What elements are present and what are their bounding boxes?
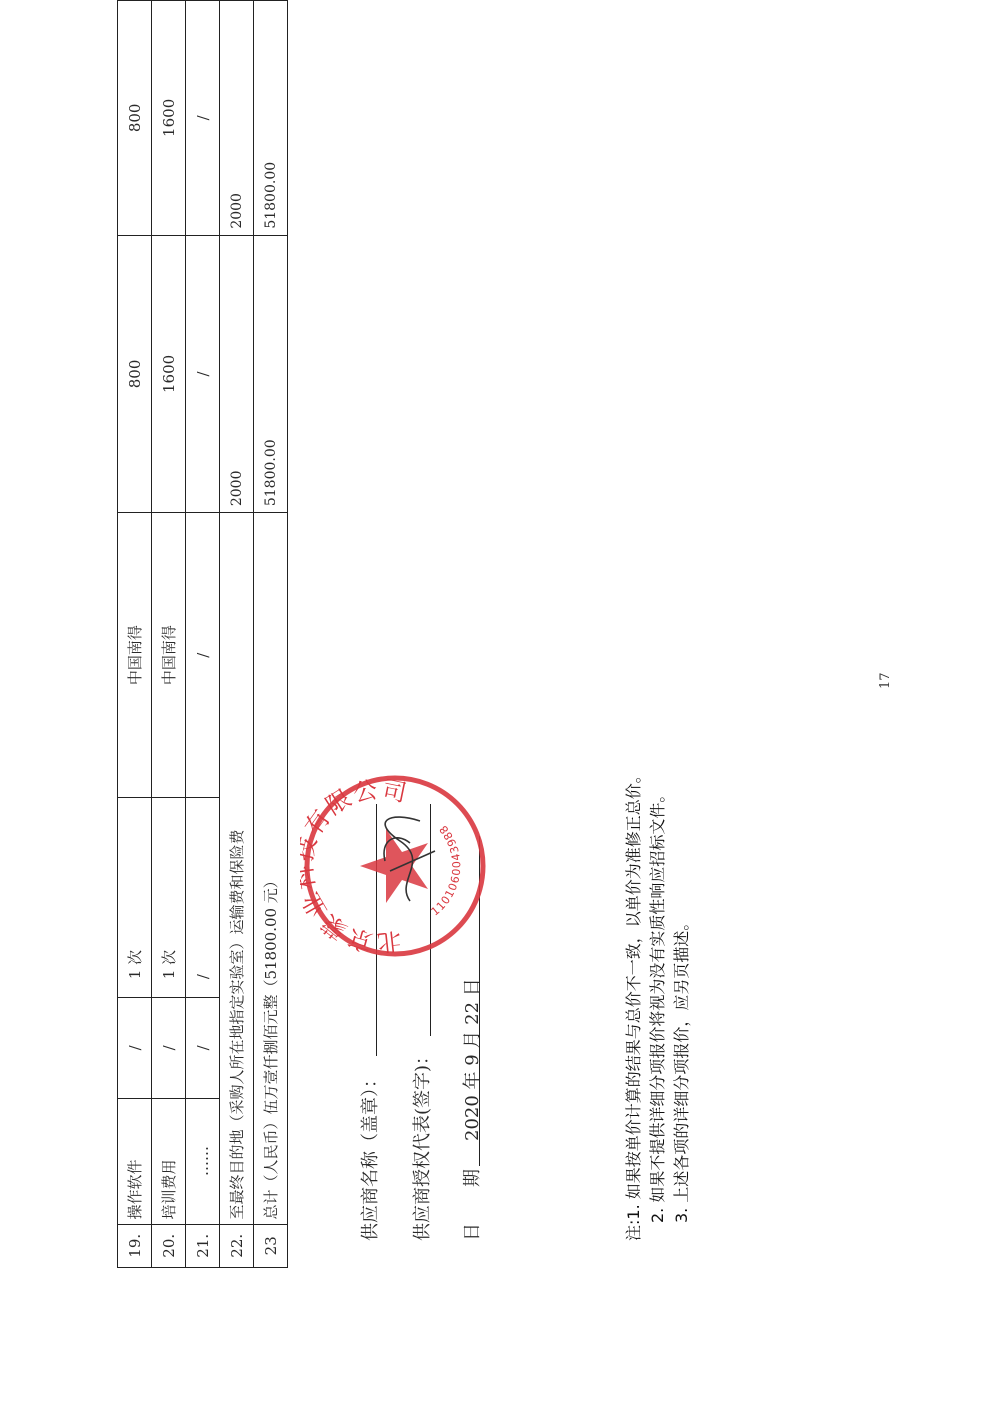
- freight-unit-price: 2000: [220, 235, 254, 512]
- item-spec: /: [152, 998, 186, 1098]
- table-row: 21. …… / / / / /: [186, 1, 220, 1268]
- total-label: 总计（人民币）伍万壹仟捌佰元整（51800.00 元）: [254, 513, 288, 1224]
- item-quantity: /: [186, 798, 220, 998]
- date-label: 日 期: [458, 1169, 484, 1241]
- item-origin: 中国南得: [118, 513, 152, 798]
- company-seal-stamp: 北京蒙业科技有限公司 1101060043988: [300, 771, 490, 961]
- star-icon: [360, 829, 428, 903]
- page-number: 17: [878, 672, 893, 689]
- item-origin: /: [186, 513, 220, 798]
- item-quantity: 1 次: [118, 798, 152, 998]
- item-total-price: /: [186, 1, 220, 236]
- price-breakdown-table: 19. 操作软件 / 1 次 中国南得 800 800 20. 培训费用 / 1…: [117, 0, 288, 1268]
- freight-label: 至最终目的地（采购人所在地指定实验室）运输费和保险费: [220, 513, 254, 1224]
- table-row: 19. 操作软件 / 1 次 中国南得 800 800: [118, 1, 152, 1268]
- note-1: 注:1. 如果按单价计算的结果与总价不一致，以单价为准修正总价。: [622, 767, 646, 1241]
- freight-total-price: 2000: [220, 1, 254, 236]
- total-total-price: 51800.00: [254, 1, 288, 236]
- total-unit-price: 51800.00: [254, 235, 288, 512]
- svg-text:1101060043988: 1101060043988: [429, 822, 464, 918]
- item-total-price: 1600: [152, 1, 186, 236]
- row-number: 21.: [186, 1224, 220, 1267]
- item-name: 操作软件: [118, 1098, 152, 1224]
- item-unit-price: 1600: [152, 235, 186, 512]
- item-quantity: 1 次: [152, 798, 186, 998]
- item-spec: /: [186, 998, 220, 1098]
- note-2: 2. 如果不提供详细分项报价将视为没有实质性响应招标文件。: [646, 767, 670, 1241]
- item-unit-price: /: [186, 235, 220, 512]
- item-total-price: 800: [118, 1, 152, 236]
- notes-block: 注:1. 如果按单价计算的结果与总价不一致，以单价为准修正总价。 2. 如果不提…: [622, 767, 694, 1241]
- item-spec: /: [118, 998, 152, 1098]
- row-number: 23: [254, 1224, 288, 1267]
- supplier-name-label: 供应商名称（盖章）：: [356, 1070, 382, 1241]
- row-number: 19.: [118, 1224, 152, 1267]
- freight-row: 22. 至最终目的地（采购人所在地指定实验室）运输费和保险费 2000 2000: [220, 1, 254, 1268]
- item-origin: 中国南得: [152, 513, 186, 798]
- seal-code: 1101060043988: [429, 822, 464, 918]
- item-name: 培训费用: [152, 1098, 186, 1224]
- row-number: 20.: [152, 1224, 186, 1267]
- total-row: 23 总计（人民币）伍万壹仟捌佰元整（51800.00 元） 51800.00 …: [254, 1, 288, 1268]
- note-3: 3. 上述各项的详细分项报价，应另页描述。: [670, 767, 694, 1241]
- representative-label: 供应商授权代表(签字)：: [408, 1047, 434, 1241]
- item-unit-price: 800: [118, 235, 152, 512]
- rotated-document-page: 19. 操作软件 / 1 次 中国南得 800 800 20. 培训费用 / 1…: [0, 0, 990, 1401]
- table-row: 20. 培训费用 / 1 次 中国南得 1600 1600: [152, 1, 186, 1268]
- item-name: ……: [186, 1098, 220, 1224]
- row-number: 22.: [220, 1224, 254, 1267]
- date-value: 2020 年 9 月 22 日: [458, 978, 484, 1141]
